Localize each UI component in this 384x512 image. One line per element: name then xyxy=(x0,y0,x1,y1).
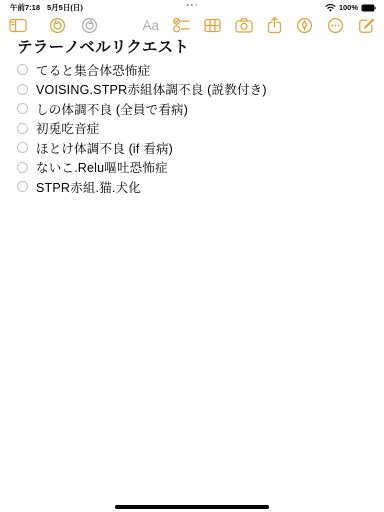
undo-button[interactable] xyxy=(49,17,66,34)
status-date: 5月5日(日) xyxy=(47,2,83,13)
checklist-button[interactable] xyxy=(173,17,190,33)
more-button[interactable] xyxy=(327,17,344,34)
checklist-icon xyxy=(173,17,190,33)
checkbox-circle[interactable] xyxy=(17,64,28,75)
sidebar-toggle-button[interactable] xyxy=(9,18,27,33)
checklist-item-label: てると集合体恐怖症 xyxy=(36,61,150,79)
format-aa-label: Aa xyxy=(142,18,159,33)
status-bar: 午前7:18 5月5日(日) 100% xyxy=(0,0,384,14)
undo-icon xyxy=(49,17,66,34)
checklist-item-label: ないこ.Relu嘔吐恐怖症 xyxy=(36,158,168,176)
checklist-item-label: ほとけ体調不良 (if 看病) xyxy=(36,139,173,157)
wifi-icon xyxy=(325,3,336,12)
camera-icon xyxy=(235,17,253,33)
checkbox-circle[interactable] xyxy=(17,162,28,173)
note-editor[interactable]: テラーノベルリクエスト てると集合体恐怖症VOISING.STPR赤組体調不良 … xyxy=(0,37,384,197)
multitask-handle-icon[interactable] xyxy=(187,4,197,6)
checklist-item[interactable]: ないこ.Relu嘔吐恐怖症 xyxy=(17,158,367,178)
checklist-item[interactable]: STPR赤組.猫.犬化 xyxy=(17,177,367,197)
camera-button[interactable] xyxy=(235,17,253,33)
checkbox-circle[interactable] xyxy=(17,142,28,153)
checklist: てると集合体恐怖症VOISING.STPR赤組体調不良 (説教付き)しの体調不良… xyxy=(17,60,367,197)
checkbox-circle[interactable] xyxy=(17,84,28,95)
battery-icon xyxy=(361,4,377,12)
sidebar-icon xyxy=(9,18,27,33)
battery-percent: 100% xyxy=(339,3,358,12)
format-button[interactable]: Aa xyxy=(142,18,159,33)
toolbar: Aa xyxy=(0,13,384,37)
share-button[interactable] xyxy=(267,16,282,34)
checklist-item-label: STPR赤組.猫.犬化 xyxy=(36,178,141,196)
checklist-item[interactable]: 初兎吃音症 xyxy=(17,119,367,139)
compose-icon xyxy=(358,17,375,34)
ellipsis-circle-icon xyxy=(327,17,344,34)
table-button[interactable] xyxy=(204,18,221,33)
checkbox-circle[interactable] xyxy=(17,181,28,192)
checklist-item-label: 初兎吃音症 xyxy=(36,119,100,137)
checkbox-circle[interactable] xyxy=(17,123,28,134)
status-time: 午前7:18 xyxy=(10,2,40,13)
home-indicator[interactable] xyxy=(115,505,269,510)
redo-button[interactable] xyxy=(81,17,98,34)
markup-icon xyxy=(296,17,313,34)
checklist-item[interactable]: しの体調不良 (全員で看病) xyxy=(17,99,367,119)
checklist-item[interactable]: VOISING.STPR赤組体調不良 (説教付き) xyxy=(17,80,367,100)
checklist-item[interactable]: てると集合体恐怖症 xyxy=(17,60,367,80)
markup-button[interactable] xyxy=(296,17,313,34)
note-title[interactable]: テラーノベルリクエスト xyxy=(17,38,367,57)
checklist-item-label: VOISING.STPR赤組体調不良 (説教付き) xyxy=(36,80,267,98)
compose-button[interactable] xyxy=(358,17,375,34)
table-icon xyxy=(204,18,221,33)
checklist-item[interactable]: ほとけ体調不良 (if 看病) xyxy=(17,138,367,158)
share-icon xyxy=(267,16,282,34)
checklist-item-label: しの体調不良 (全員で看病) xyxy=(36,100,188,118)
redo-icon xyxy=(81,17,98,34)
checkbox-circle[interactable] xyxy=(17,103,28,114)
